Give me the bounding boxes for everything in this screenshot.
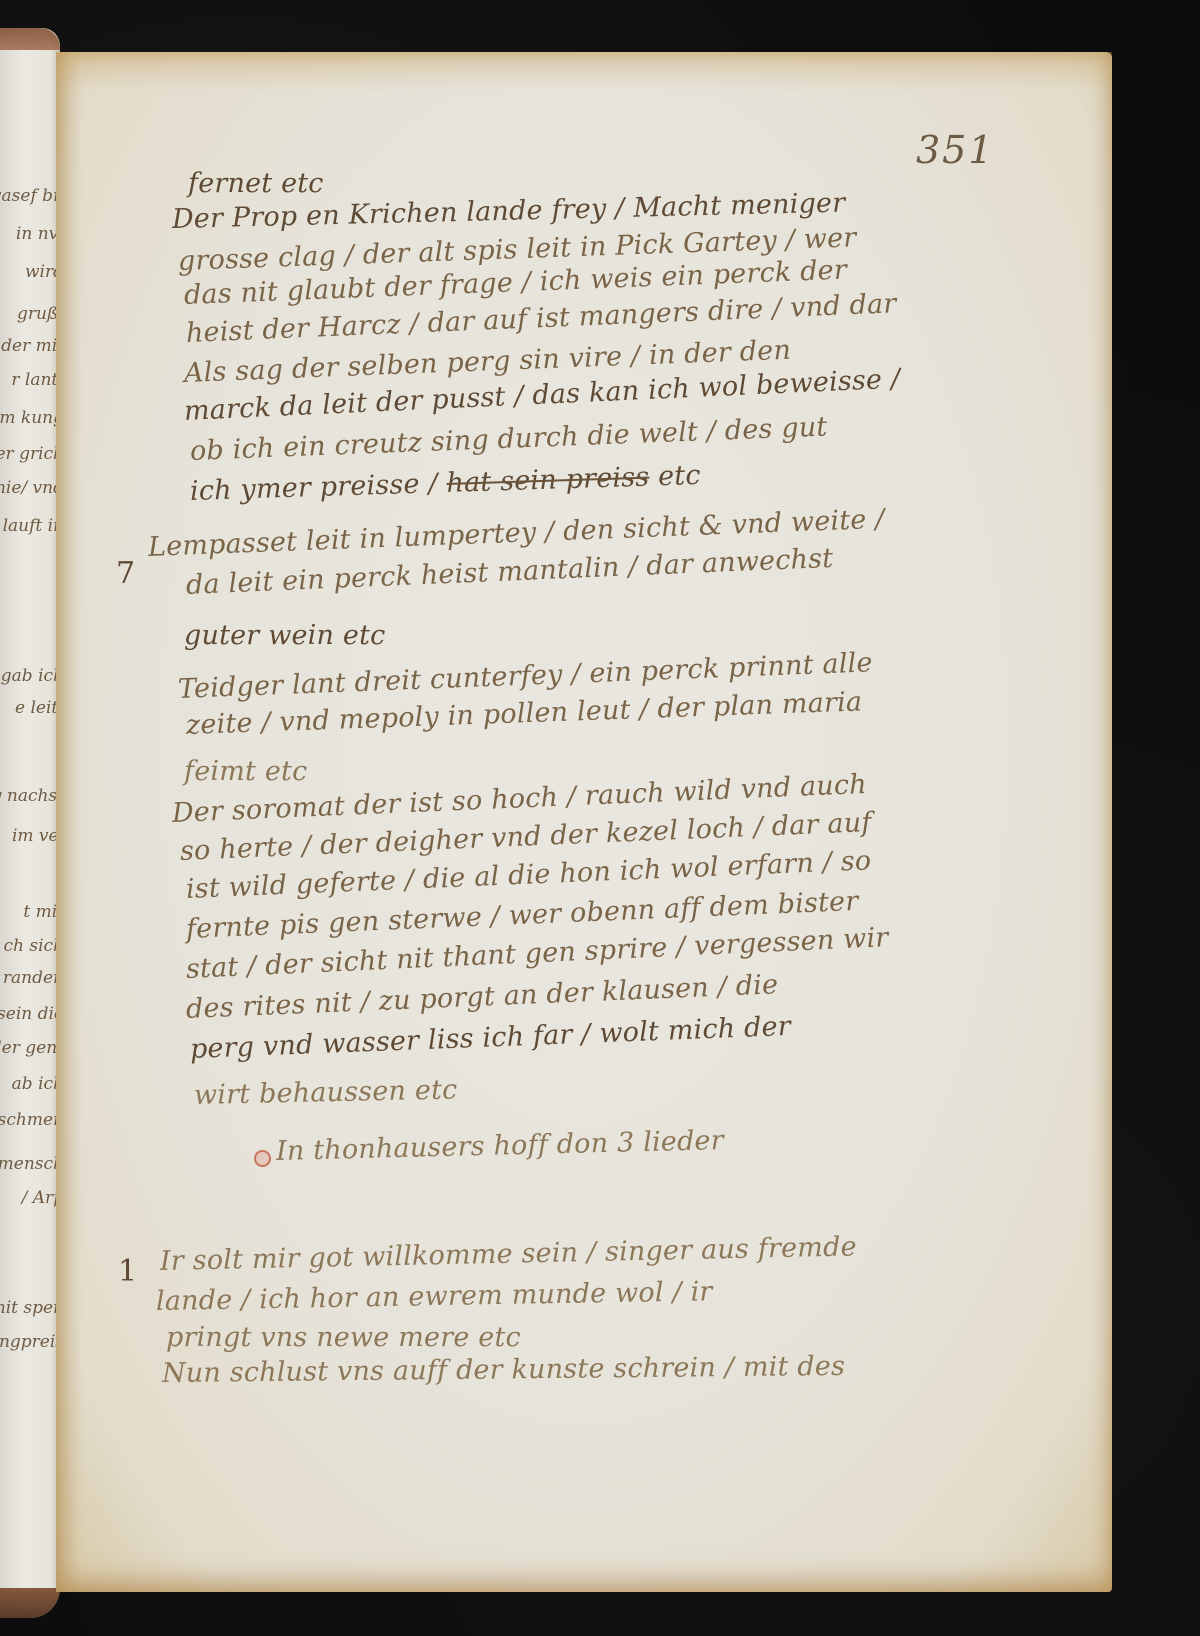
facing-line: wasser grich xyxy=(0,446,60,463)
facing-line: gruß/ xyxy=(17,306,60,323)
facing-line: wasef bn xyxy=(0,188,60,205)
facing-page-strip: wasef bn in nv/ wird gruß/ der mit r lan… xyxy=(0,28,60,1618)
facing-line: t mit xyxy=(23,904,60,921)
facing-line: schmen xyxy=(0,1112,60,1129)
facing-line: mensch xyxy=(0,1156,60,1173)
facing-line: ngpreis xyxy=(0,1334,60,1351)
facing-line: nie/ vnd xyxy=(0,480,60,497)
facing-line: in nv/ xyxy=(16,226,60,243)
facing-line: der gent xyxy=(0,1040,60,1057)
facing-line: ch sich xyxy=(3,938,60,955)
facing-line: wird xyxy=(25,264,60,281)
facing-line: e leit/ xyxy=(15,700,60,717)
facing-line: gab ich xyxy=(1,668,60,685)
facing-line: sein die xyxy=(0,1006,60,1023)
facing-line: im vel xyxy=(12,828,60,845)
binding-leather-bottom xyxy=(0,1588,60,1618)
facing-line: / Arp xyxy=(22,1190,60,1207)
facing-line: r lant/ xyxy=(11,372,60,389)
folio-number: 351 xyxy=(916,128,995,172)
binding-thread-top xyxy=(0,28,60,50)
facing-line: arm kung xyxy=(0,410,60,427)
facing-line: randen xyxy=(3,970,60,987)
facing-line: ab ich xyxy=(12,1076,60,1093)
facing-line: der mit xyxy=(1,338,60,355)
facing-line: y nachst xyxy=(0,788,60,805)
manuscript-page xyxy=(56,52,1112,1592)
facing-line: lauft in xyxy=(3,518,60,535)
facing-line: mit spen xyxy=(0,1300,60,1317)
